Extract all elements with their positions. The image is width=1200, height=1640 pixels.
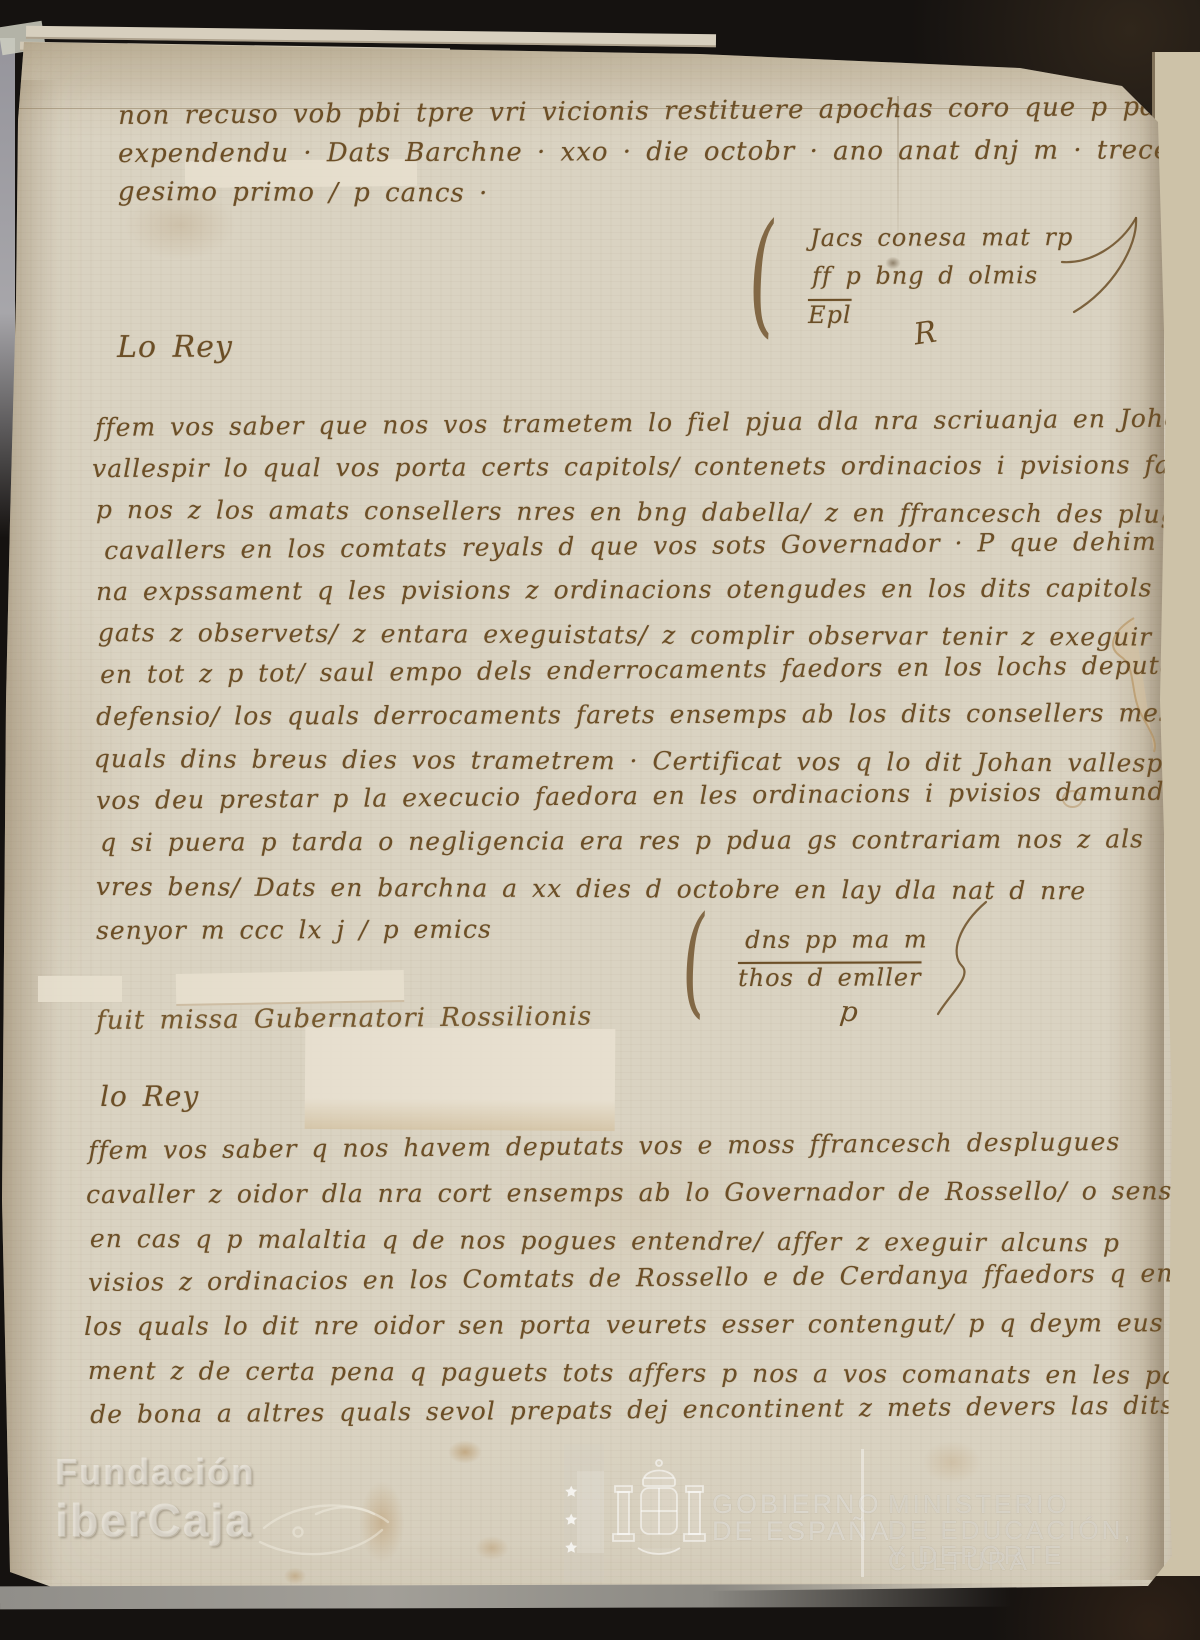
pen-flourish xyxy=(1050,212,1142,316)
handwriting-line: de bona a altres quals sevol prepats dej… xyxy=(90,1391,1174,1429)
handwriting-line: defensio/ los quals derrocaments farets … xyxy=(96,698,1200,731)
handwriting-line: q si puera p tarda o negligencia era res… xyxy=(100,824,1144,857)
handwriting-line: en tot z p tot/ saul empo dels enderroca… xyxy=(100,650,1200,689)
handwriting-line: cavallers en los comtats reyals d que vo… xyxy=(104,526,1200,565)
chancery-bracket: ( xyxy=(678,900,710,1022)
ibercaja-swoosh-icon xyxy=(258,1490,396,1566)
notarial-paraph: R xyxy=(912,315,939,353)
chancery-note-line: dns pp ma m xyxy=(745,925,928,954)
repair-patch xyxy=(38,976,122,1002)
handwriting-line: expendendu · Dats Barchne · xxo · die oc… xyxy=(118,135,1200,169)
handwriting-line: ffem vos saber q nos havem deputats vos … xyxy=(88,1127,1120,1165)
chancery-note-line: Epl xyxy=(808,301,852,329)
handwriting-line: ffem vos saber que nos vos trametem lo f… xyxy=(95,403,1200,442)
handwriting-line: vallespir lo qual vos porta certs capito… xyxy=(92,450,1200,483)
handwriting-line: gats z observets/ z entara exeguistats/ … xyxy=(98,618,1200,652)
letter1-heading: Lo Rey xyxy=(117,330,233,365)
chancery-note-line: ff p bng d olmis xyxy=(812,261,1038,290)
manuscript-page: non recuso vob pbi tpre vri vicionis res… xyxy=(0,0,1200,1640)
manuscript-photo: non recuso vob pbi tpre vri vicionis res… xyxy=(0,0,1200,1640)
handwriting-line: cavaller z oidor dla nra cort ensemps ab… xyxy=(86,1176,1200,1209)
handwriting-line: quals dins breus dies vos trametrem · Ce… xyxy=(94,744,1185,778)
spain-coat-of-arms-icon xyxy=(610,1456,708,1568)
handwriting-line: senyor m ccc lx j / p emics xyxy=(96,915,492,945)
handwriting-line: visios z ordinacios en los Comtats de Ro… xyxy=(88,1257,1200,1297)
repair-patch xyxy=(176,970,405,1006)
letter2-heading: lo Rey xyxy=(100,1080,199,1113)
notarial-paraph: p xyxy=(838,994,859,1029)
handwriting-line: gesimo primo / p cancs · xyxy=(118,177,489,209)
watermark-ibercaja-text: iberCaja xyxy=(56,1494,254,1548)
watermark-de-espana-text: DE ESPAÑA xyxy=(712,1516,892,1547)
pen-flourish xyxy=(930,898,994,1018)
handwriting-line: na expssament q les pvisions z ordinacio… xyxy=(96,573,1200,606)
repair-patch xyxy=(305,1027,616,1131)
chancery-bracket: ( xyxy=(744,207,780,344)
table-mat-edge xyxy=(0,1584,1012,1610)
handwriting-line: en cas q p malaltia q de nos pogues ente… xyxy=(90,1224,1120,1257)
sent-note-line: fuit missa Gubernatori Rossilionis xyxy=(96,1002,592,1036)
chancery-note-line: thos d emller xyxy=(738,963,922,992)
handwriting-line: ment z de certa pena q paguets tots affe… xyxy=(88,1356,1200,1390)
watermark-divider xyxy=(861,1449,864,1577)
handwriting-line: los quals lo dit nre oidor sen porta veu… xyxy=(84,1308,1200,1341)
eu-flag-icon xyxy=(564,1444,610,1582)
watermark-ministerio-line3: Y DEPORTE xyxy=(888,1540,1064,1571)
handwriting-line: p nos z los amats consellers nres en bng… xyxy=(96,495,1200,529)
watermark-fundacion-text: Fundación xyxy=(56,1452,256,1494)
handwriting-line: vos deu prestar p la execucio faedora en… xyxy=(96,776,1200,815)
chancery-note-line: Jacs conesa mat rp xyxy=(810,223,1073,252)
